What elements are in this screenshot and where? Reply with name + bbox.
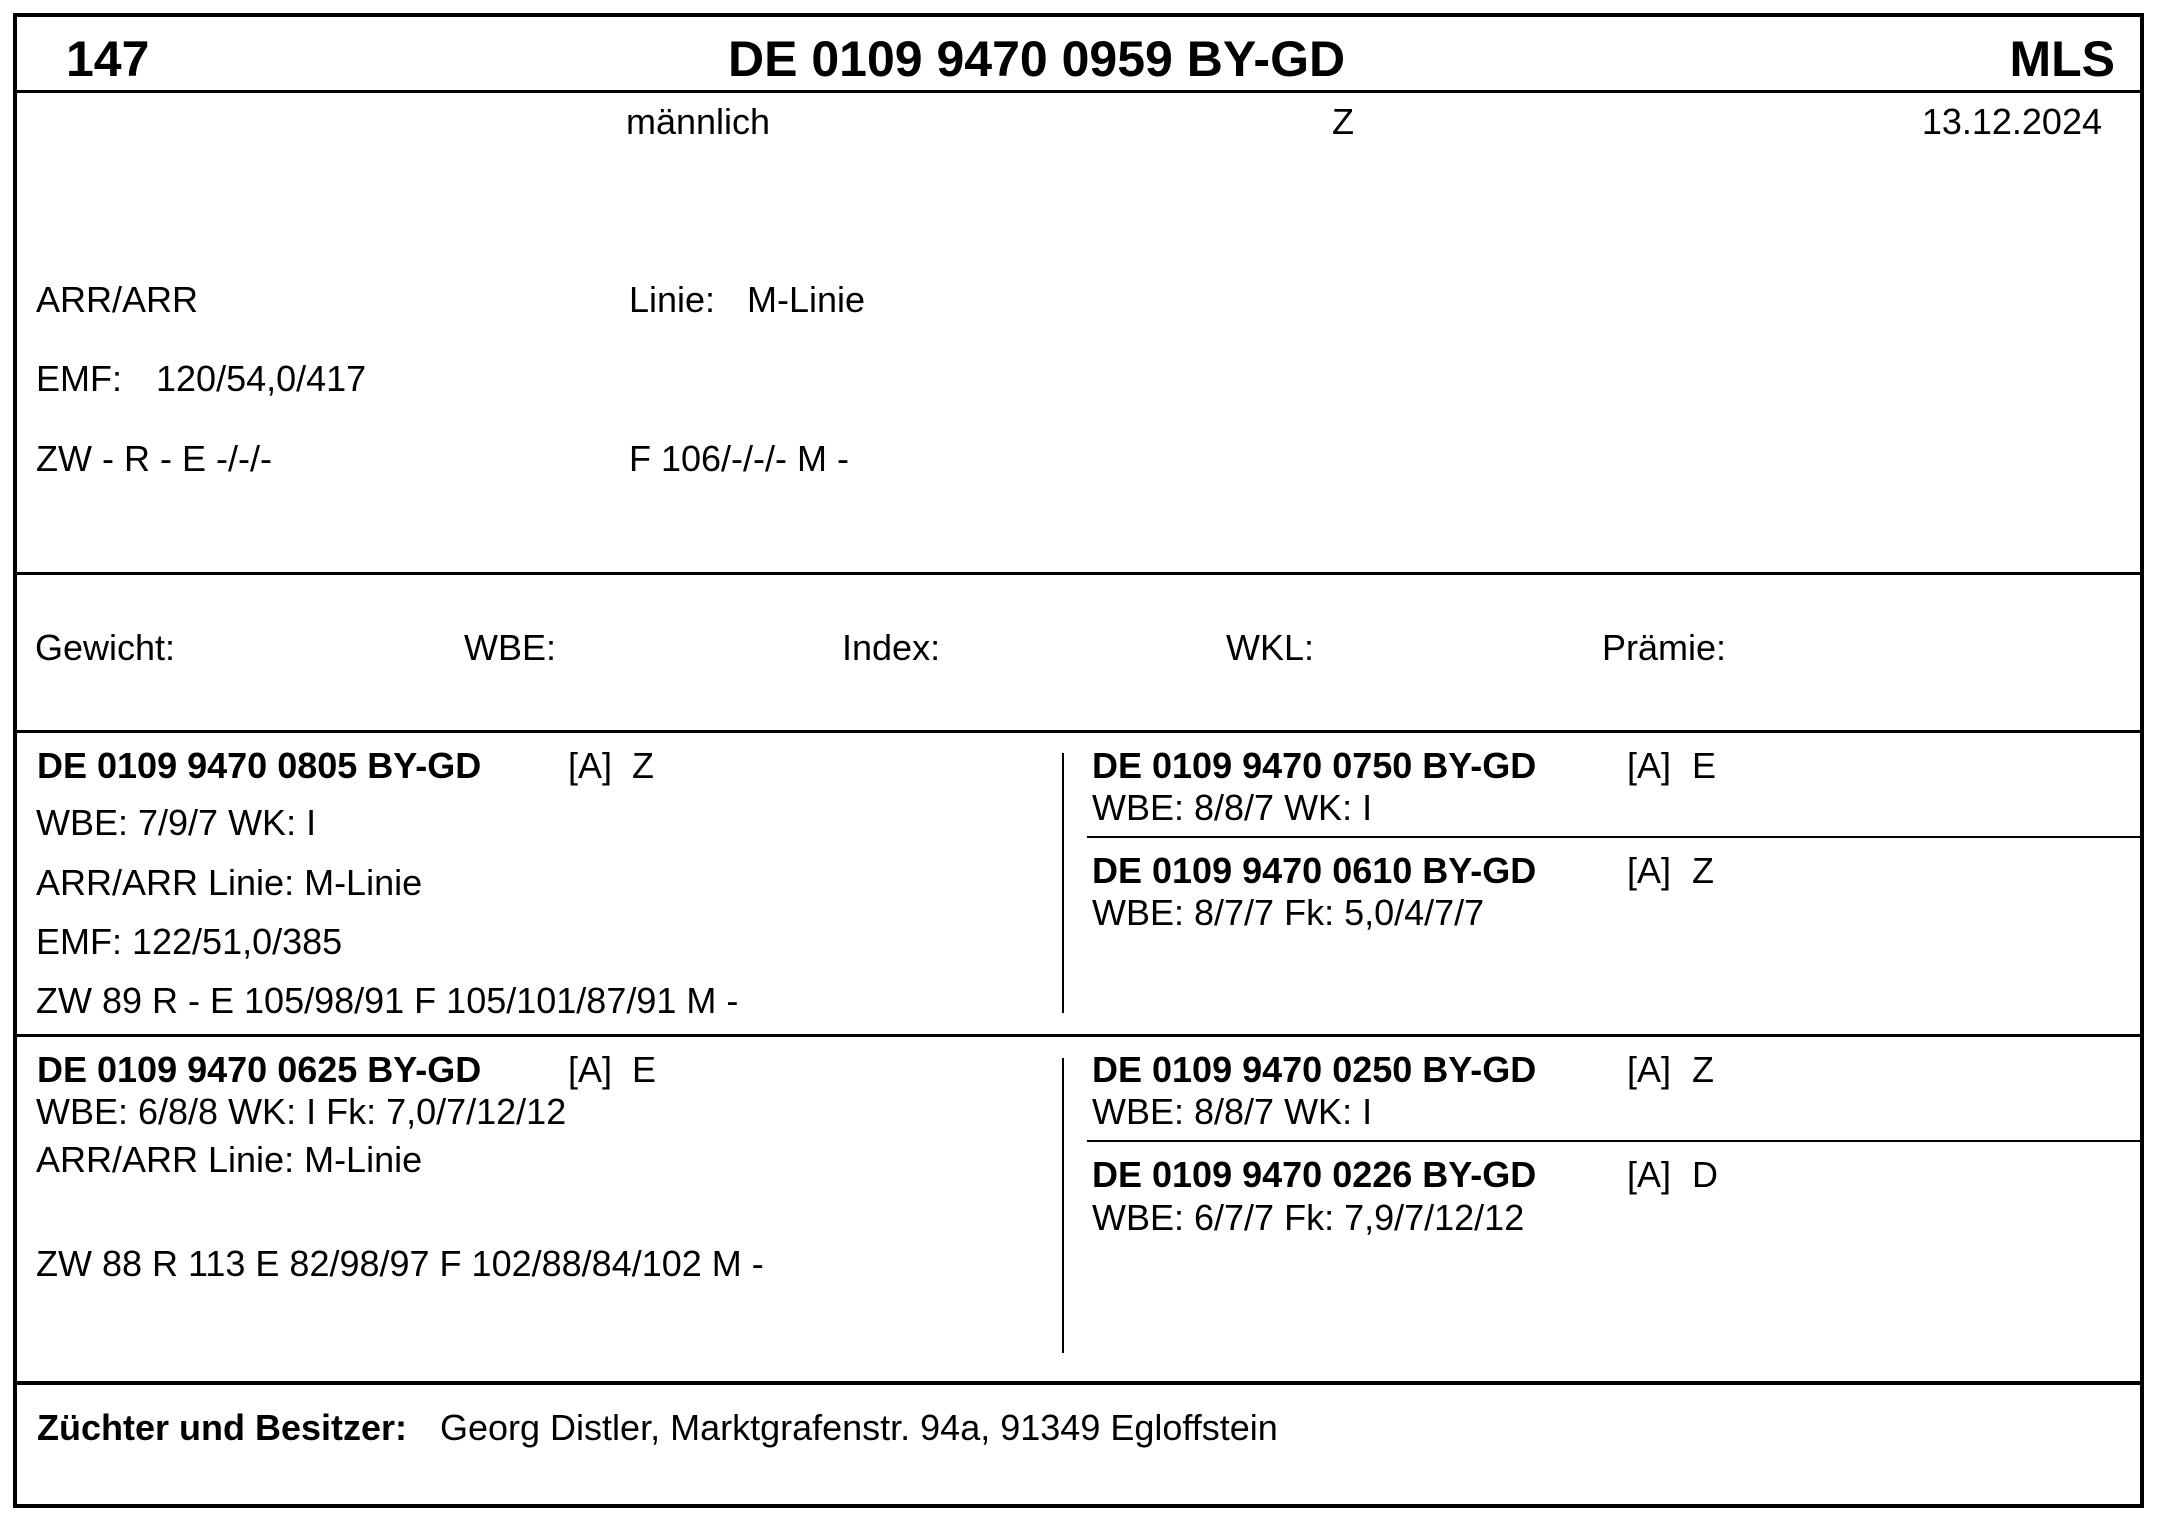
sire-line: ARR/ARR Linie: M-Linie [36, 865, 422, 901]
sire-dam-line: WBE: 8/7/7 Fk: 5,0/4/7/7 [1092, 895, 1484, 931]
premium-label: Prämie: [1602, 630, 1726, 666]
dam-line: WBE: 6/8/8 WK: I Fk: 7,0/7/12/12 [36, 1094, 566, 1130]
sex: männlich [626, 104, 770, 140]
sire-parents-subdivider [1087, 836, 2144, 838]
footer-divider [13, 1381, 2144, 1385]
info-divider [13, 572, 2144, 575]
sire-id: DE 0109 9470 0805 BY-GD [37, 748, 481, 784]
sire-line: ZW 89 R - E 105/98/91 F 105/101/87/91 M … [36, 983, 738, 1019]
catalog-number: 147 [66, 34, 149, 84]
evaluation-divider [13, 730, 2144, 733]
index-label: Index: [842, 630, 940, 666]
dam-line: ZW 88 R 113 E 82/98/97 F 102/88/84/102 M… [36, 1246, 764, 1282]
herdbook-class: Z [1332, 104, 1354, 140]
weight-label: Gewicht: [35, 630, 175, 666]
dam-dam-id: DE 0109 9470 0226 BY-GD [1092, 1157, 1536, 1193]
line-label: Linie: [629, 282, 715, 318]
genotype: ARR/ARR [36, 282, 198, 318]
header-divider [13, 90, 2144, 93]
dam-dam-line: WBE: 6/7/7 Fk: 7,9/7/12/12 [1092, 1200, 1524, 1236]
line-value: M-Linie [747, 282, 865, 318]
sire-line: EMF: 122/51,0/385 [36, 924, 342, 960]
sire-dam-id: DE 0109 9470 0610 BY-GD [1092, 853, 1536, 889]
dam-tag: [A] [568, 1052, 612, 1088]
emf-value: 120/54,0/417 [156, 361, 366, 397]
sire-line: WBE: 7/9/7 WK: I [36, 805, 316, 841]
sire-sire-id: DE 0109 9470 0750 BY-GD [1092, 748, 1536, 784]
dam-dam-tag: [A] [1627, 1157, 1671, 1193]
sire-tag: [A] [568, 748, 612, 784]
dam-id: DE 0109 9470 0625 BY-GD [37, 1052, 481, 1088]
dam-sire-line: WBE: 8/8/7 WK: I [1092, 1094, 1372, 1130]
breeding-values: ZW - R - E -/-/- [36, 441, 272, 477]
emf-label: EMF: [36, 361, 122, 397]
pedigree-divider [13, 1034, 2144, 1037]
sire-sire-class: E [1692, 748, 1716, 784]
sire-sire-line: WBE: 8/8/7 WK: I [1092, 790, 1372, 826]
wbe-label: WBE: [464, 630, 556, 666]
sire-dam-class: Z [1692, 853, 1714, 889]
sire-parents-divider [1062, 753, 1064, 1013]
dam-sire-id: DE 0109 9470 0250 BY-GD [1092, 1052, 1536, 1088]
dam-parents-divider [1062, 1058, 1064, 1353]
breed-code: MLS [2009, 34, 2115, 84]
dam-parents-subdivider [1087, 1140, 2144, 1142]
animal-id: DE 0109 9470 0959 BY-GD [728, 34, 1345, 84]
sire-class: Z [632, 748, 654, 784]
sire-dam-tag: [A] [1627, 853, 1671, 889]
breeder-owner-value: Georg Distler, Marktgrafenstr. 94a, 9134… [440, 1410, 1278, 1446]
dam-sire-class: Z [1692, 1052, 1714, 1088]
sire-sire-tag: [A] [1627, 748, 1671, 784]
dam-line: ARR/ARR Linie: M-Linie [36, 1142, 422, 1178]
breeder-owner-label: Züchter und Besitzer: [37, 1410, 407, 1446]
wkl-label: WKL: [1226, 630, 1314, 666]
dam-class: E [632, 1052, 656, 1088]
dam-sire-tag: [A] [1627, 1052, 1671, 1088]
dam-dam-class: D [1692, 1157, 1718, 1193]
fertility-values: F 106/-/-/- M - [629, 441, 849, 477]
date: 13.12.2024 [1922, 104, 2102, 140]
